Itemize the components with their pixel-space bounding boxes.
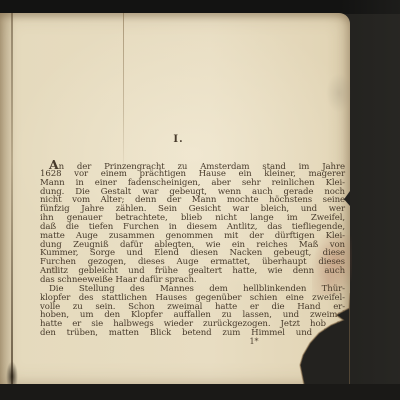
signature-mark: 1*	[234, 337, 274, 346]
backdrop-bottom-bar	[0, 384, 400, 400]
torn-corner	[295, 293, 350, 385]
page-gutter-fold-line	[11, 13, 13, 385]
page-gutter-shadow	[0, 13, 11, 385]
foxing-stain-top	[326, 73, 352, 113]
book-page: I. An der Prinzengracht zu Amsterdam sta…	[0, 13, 350, 385]
chapter-heading: I.	[40, 134, 345, 146]
